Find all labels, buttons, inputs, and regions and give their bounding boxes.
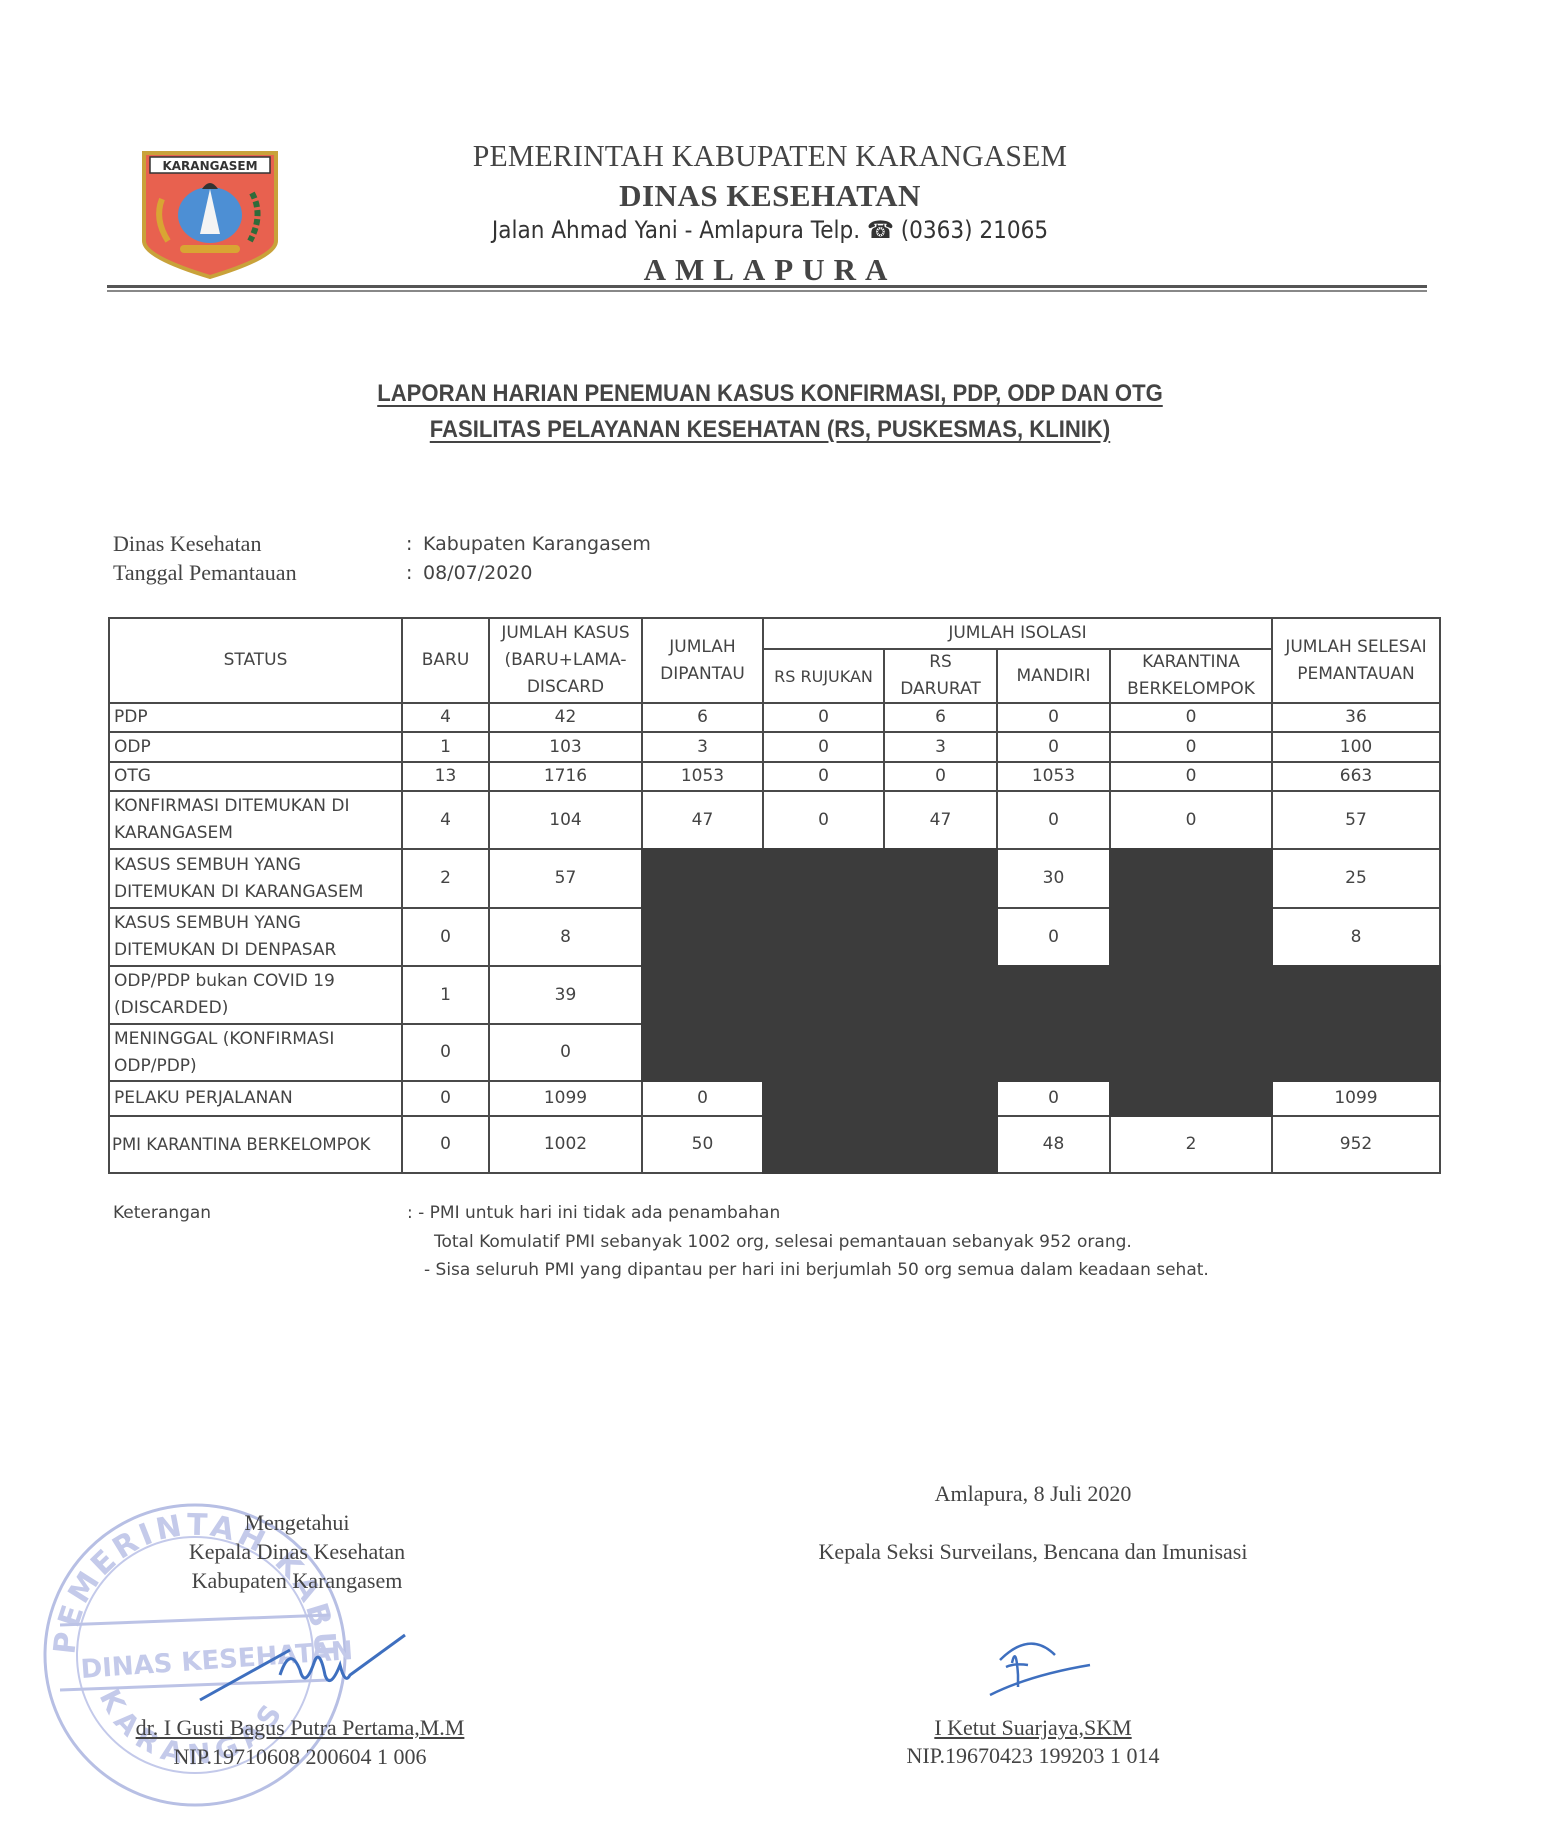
table-cell: 0 [996,907,1111,967]
not-applicable-shading [1271,965,1441,1025]
table-cell: 0 [401,1023,490,1082]
not-applicable-shading [996,1023,1111,1082]
not-applicable-shading [1109,848,1273,909]
sig-left-name: dr. I Gusti Bagus Putra Pertama,M.M [100,1715,500,1741]
report-table: STATUSBARUJUMLAH KASUS (BARU+LAMA- DISCA… [108,617,1439,1172]
table-cell: 1099 [488,1080,643,1117]
table-cell: 6 [883,702,998,733]
table-cell: 36 [1271,702,1441,733]
table-cell: 4 [401,702,490,733]
not-applicable-shading [1109,1023,1273,1082]
table-cell: 1716 [488,761,643,792]
not-applicable-shading [883,1080,998,1117]
signature-left [180,1620,410,1710]
keterangan-line3: - Sisa seluruh PMI yang dipantau per har… [424,1260,1209,1280]
table-cell: 1 [401,731,490,763]
not-applicable-shading [762,1023,885,1082]
table-cell: 42 [488,702,643,733]
table-row-status: ODP/PDP bukan COVID 19 (DISCARDED) [108,965,403,1025]
not-applicable-shading [641,965,764,1025]
sig-right-position: Kepala Seksi Surveilans, Bencana dan Imu… [783,1539,1283,1565]
info-label-tanggal: Tanggal Pemantauan [113,560,297,586]
not-applicable-shading [762,1115,885,1174]
table-cell: 47 [641,790,764,850]
table-cell: 100 [1271,731,1441,763]
table-cell: 0 [641,1080,764,1117]
table-cell: 0 [883,761,998,792]
table-cell: 0 [996,702,1111,733]
sig-left-mengetahui: Mengetahui [147,1510,447,1536]
table-row-status: PELAKU PERJALANAN [108,1080,403,1117]
not-applicable-shading [762,1080,885,1117]
table-row-status: KASUS SEMBUH YANG DITEMUKAN DI DENPASAR [108,907,403,967]
sig-right-nip: NIP.19670423 199203 1 014 [833,1743,1233,1769]
keterangan-label: Keterangan [113,1203,211,1223]
sig-left-nip: NIP.19710608 200604 1 006 [100,1744,500,1770]
table-cell: 8 [1271,907,1441,967]
table-cell: 25 [1271,848,1441,909]
table-cell: 1 [401,965,490,1025]
keterangan-line2: Total Komulatif PMI sebanyak 1002 org, s… [434,1232,1132,1252]
table-row-status: ODP [108,731,403,763]
letterhead-rule-thin [107,290,1427,292]
table-cell: 30 [996,848,1111,909]
table-cell: 0 [488,1023,643,1082]
info-value-dinas: Kabupaten Karangasem [423,533,651,555]
not-applicable-shading [883,965,998,1025]
table-cell: 6 [641,702,764,733]
sig-left-position: Kepala Dinas Kesehatan [147,1539,447,1565]
not-applicable-shading [996,965,1111,1025]
not-applicable-shading [883,1023,998,1082]
header-jumlah-selesai: JUMLAH SELESAI PEMANTAUAN [1271,617,1441,704]
info-label-dinas: Dinas Kesehatan [113,531,261,557]
header-jumlah-kasus: JUMLAH KASUS (BARU+LAMA- DISCARD [488,617,643,704]
header-jumlah-isolasi: JUMLAH ISOLASI [762,617,1273,650]
letterhead-rule [107,285,1427,288]
table-cell: 0 [996,790,1111,850]
not-applicable-shading [762,907,885,967]
report-title-line2: FASILITAS PELAYANAN KESEHATAN (RS, PUSKE… [292,416,1249,444]
table-cell: 48 [996,1115,1111,1174]
letterhead-department: DINAS KESEHATAN [380,178,1160,214]
header-jumlah-dipantau: JUMLAH DIPANTAU [641,617,764,704]
report-title-line1: LAPORAN HARIAN PENEMUAN KASUS KONFIRMASI… [292,380,1249,408]
not-applicable-shading [1109,907,1273,967]
karangasem-logo: KARANGASEM [140,149,280,279]
table-cell: 0 [1109,702,1273,733]
table-row-status: PDP [108,702,403,733]
table-row-status: OTG [108,761,403,792]
table-cell: 3 [641,731,764,763]
header-karantina-berkelompok: KARANTINA BERKELOMPOK [1109,648,1273,704]
not-applicable-shading [762,965,885,1025]
table-cell: 0 [1109,790,1273,850]
not-applicable-shading [883,1115,998,1174]
table-cell: 0 [1109,761,1273,792]
table-cell: 1053 [996,761,1111,792]
table-cell: 0 [762,790,885,850]
table-cell: 57 [1271,790,1441,850]
header-rs-darurat: RS DARURAT [883,648,998,704]
sig-left-region: Kabupaten Karangasem [147,1568,447,1594]
not-applicable-shading [1109,965,1273,1025]
keterangan-line1: : - PMI untuk hari ini tidak ada penamba… [407,1203,780,1223]
table-cell: 0 [1109,731,1273,763]
table-row-status: KONFIRMASI DITEMUKAN DI KARANGASEM [108,790,403,850]
table-cell: 1053 [641,761,764,792]
table-row-status: PMI KARANTINA BERKELOMPOK [108,1115,403,1174]
table-cell: 663 [1271,761,1441,792]
table-cell: 0 [996,731,1111,763]
info-colon: : [406,562,412,584]
not-applicable-shading [1109,1080,1273,1117]
table-cell: 50 [641,1115,764,1174]
table-cell: 2 [401,848,490,909]
letterhead-government: PEMERINTAH KABUPATEN KARANGASEM [396,138,1145,174]
table-cell: 8 [488,907,643,967]
table-cell: 39 [488,965,643,1025]
table-cell: 2 [1109,1115,1273,1174]
table-cell: 952 [1271,1115,1441,1174]
table-cell: 57 [488,848,643,909]
table-cell: 0 [762,731,885,763]
table-cell: 0 [996,1080,1111,1117]
table-cell: 47 [883,790,998,850]
table-cell: 0 [762,702,885,733]
table-cell: 0 [401,907,490,967]
header-baru: BARU [401,617,490,704]
not-applicable-shading [1271,1023,1441,1082]
table-cell: 4 [401,790,490,850]
letterhead-address: Jalan Ahmad Yani - Amlapura Telp. ☎ (036… [419,216,1121,244]
letterhead-city: AMLAPURA [380,252,1160,288]
header-mandiri: MANDIRI [996,648,1111,704]
table-cell: 1099 [1271,1080,1441,1117]
table-cell: 104 [488,790,643,850]
not-applicable-shading [883,907,998,967]
not-applicable-shading [641,848,764,909]
svg-text:KARANGASEM: KARANGASEM [162,159,257,173]
table-row-status: KASUS SEMBUH YANG DITEMUKAN DI KARANGASE… [108,848,403,909]
table-cell: 3 [883,731,998,763]
table-cell: 0 [401,1115,490,1174]
table-row-status: MENINGGAL (KONFIRMASI ODP/PDP) [108,1023,403,1082]
table-cell: 0 [401,1080,490,1117]
info-colon: : [406,533,412,555]
not-applicable-shading [762,848,885,909]
sig-right-place-date: Amlapura, 8 Juli 2020 [833,1481,1233,1507]
table-cell: 0 [762,761,885,792]
header-status: STATUS [108,617,403,704]
table-cell: 13 [401,761,490,792]
info-value-tanggal: 08/07/2020 [423,562,533,584]
table-cell: 103 [488,731,643,763]
signature-right [960,1625,1100,1705]
not-applicable-shading [883,848,998,909]
table-cell: 1002 [488,1115,643,1174]
not-applicable-shading [641,907,764,967]
sig-right-name: I Ketut Suarjaya,SKM [833,1715,1233,1741]
header-rs-rujukan: RS RUJUKAN [762,648,885,704]
not-applicable-shading [641,1023,764,1082]
